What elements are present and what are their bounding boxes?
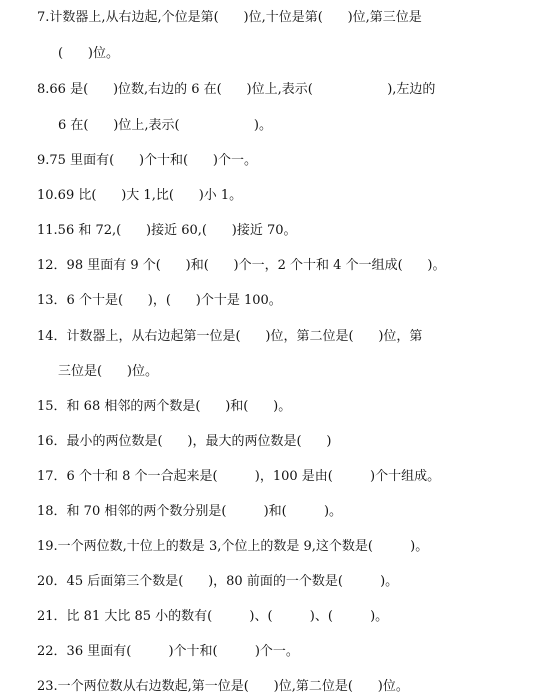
question-19: 19.一个两位数,十位上的数是 3,个位上的数是 9,这个数是( )。 — [37, 539, 428, 555]
question-15: 15．和 68 相邻的两个数是( )和( )。 — [37, 399, 291, 415]
question-7-line-2: ( )位。 — [58, 46, 119, 62]
question-12: 12．98 里面有 9 个( )和( )个一，2 个十和 4 个一组成( )。 — [37, 258, 446, 274]
question-14-line-1: 14．计数器上，从右边起第一位是( )位，第二位是( )位，第 — [37, 329, 422, 345]
question-9: 9.75 里面有( )个十和( )个一。 — [37, 153, 257, 169]
question-20: 20．45 后面第三个数是( )，80 前面的一个数是( )。 — [37, 574, 398, 590]
question-13: 13．6 个十是( )，( )个十是 100。 — [37, 293, 282, 309]
question-7-line-1: 7.计数器上,从右边起,个位是第( )位,十位是第( )位,第三位是 — [37, 10, 422, 26]
question-17: 17．6 个十和 8 个一合起来是( )，100 是由( )个十组成。 — [37, 469, 440, 485]
question-16: 16．最小的两位数是( )，最大的两位数是( ) — [37, 434, 331, 450]
question-10: 10.69 比( )大 1,比( )小 1。 — [37, 188, 242, 204]
question-11: 11.56 和 72,( )接近 60,( )接近 70。 — [37, 223, 297, 239]
question-22: 22．36 里面有( )个十和( )个一。 — [37, 644, 299, 660]
question-18: 18．和 70 相邻的两个数分别是( )和( )。 — [37, 504, 342, 520]
question-23: 23.一个两位数从右边数起,第一位是( )位,第二位是( )位。 — [37, 679, 409, 695]
question-21: 21．比 81 大比 85 小的数有( )、( )、( )。 — [37, 609, 388, 625]
question-8-line-2: 6 在( )位上,表示( )。 — [58, 118, 272, 134]
question-8-line-1: 8.66 是( )位数,右边的 6 在( )位上,表示( ),左边的 — [37, 82, 435, 98]
question-14-line-2: 三位是( )位。 — [58, 364, 158, 380]
